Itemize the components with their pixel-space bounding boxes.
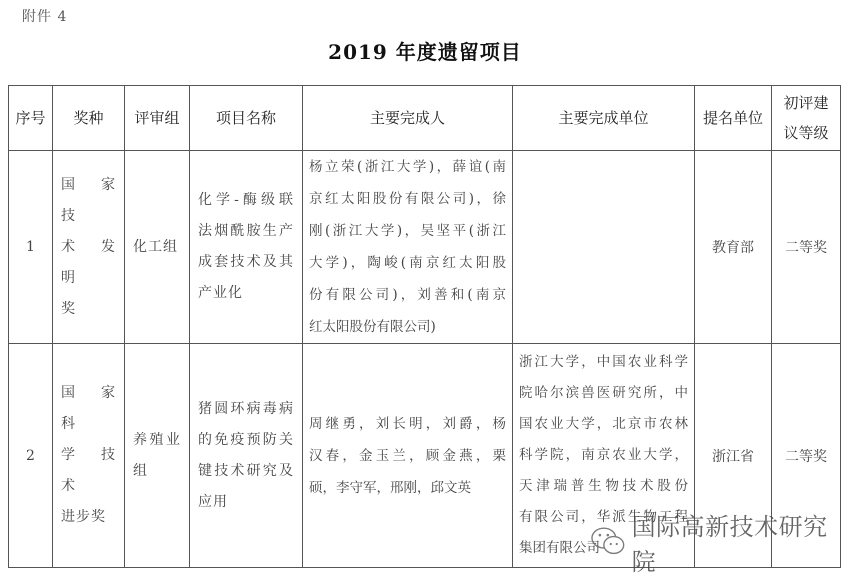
table-header-row: 序号 奖种 评审组 项目名称 主要完成人 主要完成单位 提名单位 初评建 议等级 — [9, 86, 841, 151]
header-award-type: 奖种 — [53, 86, 125, 151]
row-grade: 二等奖 — [772, 151, 841, 344]
row-award-type: 国 家 科 学 技 术 进步奖 — [53, 344, 125, 568]
wechat-icon — [590, 525, 628, 559]
attachment-label: 附件 4 — [22, 6, 67, 26]
page-title: 2019 年度遗留项目 — [0, 36, 850, 65]
table-row: 1 国 家 技 术 发 明 奖 化工组 化学-酶级联 法烟酰胺生产 成套技术及其… — [9, 151, 841, 344]
header-nominator: 提名单位 — [695, 86, 772, 151]
header-project-name: 项目名称 — [190, 86, 303, 151]
header-grade: 初评建 议等级 — [772, 86, 841, 151]
watermark: 国际高新技术研究院 — [590, 522, 850, 562]
row-main-units — [513, 151, 695, 344]
row-nominator: 教育部 — [695, 151, 772, 344]
row-review-group: 化工组 — [125, 151, 190, 344]
row-project-name: 猪圆环病毒病 的免疫预防关 键技术研究及 应用 — [190, 344, 303, 568]
header-main-contributors: 主要完成人 — [303, 86, 513, 151]
row-main-contributors: 周继勇，刘长明，刘爵，杨 汉春，金玉兰，顾金燕，栗 硕，李守军，邢刚，邱文英 — [303, 344, 513, 568]
row-main-contributors: 杨立荣(浙江大学)，薛谊(南 京红太阳股份有限公司)，徐 刚(浙江大学)，吴坚平… — [303, 151, 513, 344]
header-review-group: 评审组 — [125, 86, 190, 151]
row-index: 1 — [9, 151, 53, 344]
row-index: 2 — [9, 344, 53, 568]
header-main-units: 主要完成单位 — [513, 86, 695, 151]
header-index: 序号 — [9, 86, 53, 151]
row-award-type: 国 家 技 术 发 明 奖 — [53, 151, 125, 344]
projects-table: 序号 奖种 评审组 项目名称 主要完成人 主要完成单位 提名单位 初评建 议等级… — [8, 85, 841, 568]
watermark-text: 国际高新技术研究院 — [632, 507, 850, 576]
row-review-group: 养殖业 组 — [125, 344, 190, 568]
row-project-name: 化学-酶级联 法烟酰胺生产 成套技术及其 产业化 — [190, 151, 303, 344]
